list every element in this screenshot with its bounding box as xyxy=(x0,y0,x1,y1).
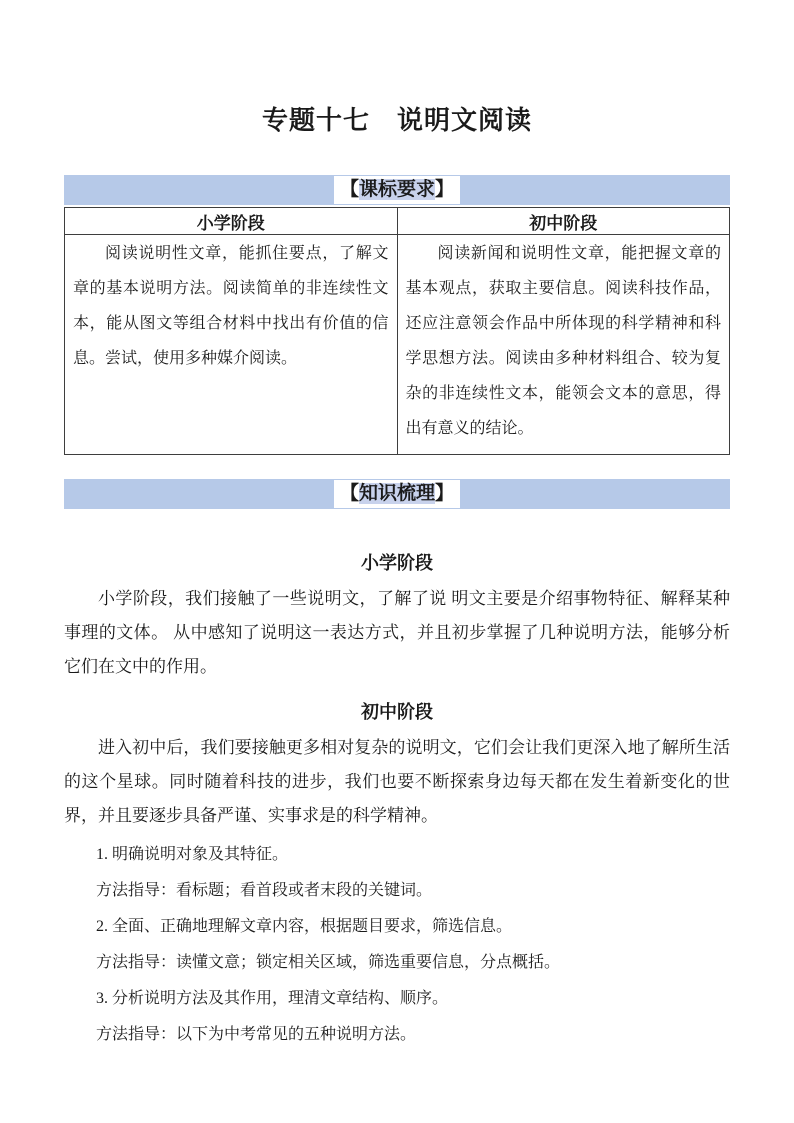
banner-curriculum-standards-label: 【课标要求】 xyxy=(334,176,460,204)
banner-knowledge-outline: 【知识梳理】 xyxy=(64,479,730,509)
document-page: 专题十七 说明文阅读 【课标要求】 小学阶段 初中阶段 阅读说明性文章，能抓住要… xyxy=(64,0,730,1053)
point-2-guidance: 方法指导：读懂文意；锁定相关区域，筛选重要信息，分点概括。 xyxy=(64,945,730,981)
primary-stage-paragraph: 小学阶段，我们接触了一些说明文，了解了说 明文主要是介绍事物特征、解释某种事理的… xyxy=(64,582,730,684)
point-3-guidance: 方法指导：以下为中考常见的五种说明方法。 xyxy=(64,1017,730,1053)
banner-knowledge-outline-label: 【知识梳理】 xyxy=(334,480,460,508)
banner-label-text: 知识梳理 xyxy=(359,483,435,504)
table-cell-primary-stage: 阅读说明性文章，能抓住要点，了解文章的基本说明方法。阅读简单的非连续性文本，能从… xyxy=(65,235,398,455)
table-header-row: 小学阶段 初中阶段 xyxy=(65,208,730,235)
banner-label-text: 课标要求 xyxy=(359,179,435,200)
method-points-list: 1. 明确说明对象及其特征。 方法指导：看标题；看首段或者末段的关键词。 2. … xyxy=(64,837,730,1053)
middle-stage-paragraph: 进入初中后，我们要接触更多相对复杂的说明文，它们会让我们更深入地了解所生活的这个… xyxy=(64,731,730,833)
point-2: 2. 全面、正确地理解文章内容，根据题目要求，筛选信息。 xyxy=(64,909,730,945)
primary-stage-requirements: 阅读说明性文章，能抓住要点，了解文章的基本说明方法。阅读简单的非连续性文本，能从… xyxy=(73,236,389,376)
bracket-open: 【 xyxy=(340,483,359,504)
middle-stage-requirements: 阅读新闻和说明性文章，能把握文章的基本观点，获取主要信息。阅读科技作品，还应注意… xyxy=(406,236,722,446)
section-heading-middle-stage: 初中阶段 xyxy=(64,698,730,724)
point-1-guidance: 方法指导：看标题；看首段或者末段的关键词。 xyxy=(64,873,730,909)
table-body-row: 阅读说明性文章，能抓住要点，了解文章的基本说明方法。阅读简单的非连续性文本，能从… xyxy=(65,235,730,455)
standards-table: 小学阶段 初中阶段 阅读说明性文章，能抓住要点，了解文章的基本说明方法。阅读简单… xyxy=(64,207,730,455)
point-3: 3. 分析说明方法及其作用，理清文章结构、顺序。 xyxy=(64,981,730,1017)
bracket-close: 】 xyxy=(435,179,454,200)
banner-curriculum-standards: 【课标要求】 xyxy=(64,175,730,205)
table-header-primary-stage: 小学阶段 xyxy=(65,208,398,235)
page-title: 专题十七 说明文阅读 xyxy=(64,0,730,137)
bracket-close: 】 xyxy=(435,483,454,504)
point-1: 1. 明确说明对象及其特征。 xyxy=(64,837,730,873)
table-cell-middle-stage: 阅读新闻和说明性文章，能把握文章的基本观点，获取主要信息。阅读科技作品，还应注意… xyxy=(397,235,730,455)
bracket-open: 【 xyxy=(340,179,359,200)
table-header-middle-stage: 初中阶段 xyxy=(397,208,730,235)
section-heading-primary-stage: 小学阶段 xyxy=(64,549,730,575)
